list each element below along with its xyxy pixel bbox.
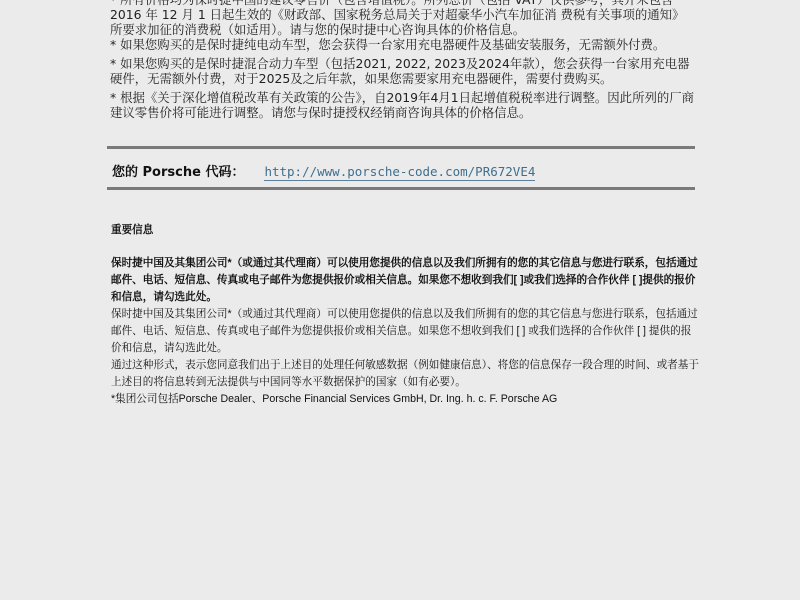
note-hybrid-charger: * 如果您购买的是保时捷混合动力车型（包括2021, 2022, 2023及20… bbox=[110, 56, 695, 86]
divider-bottom bbox=[107, 187, 695, 190]
note-ev-charger: * 如果您购买的是保时捷纯电动车型，您会获得一台家用充电器硬件及基础安装服务，无… bbox=[110, 37, 695, 52]
note-vat-adjustment: * 根据《关于深化增值税改革有关政策的公告》，自2019年4月1日起增值税税率进… bbox=[110, 90, 695, 120]
note-vat: * 所有价格均为保时捷中国的建议零售价（包含增值税）。所列总价（包括 VAT）仅… bbox=[110, 0, 695, 37]
consent-paragraph-bold: 保时捷中国及其集团公司*（或通过其代理商）可以使用您提供的信息以及我们所拥有的您… bbox=[111, 255, 701, 306]
porsche-code-link[interactable]: http://www.porsche-code.com/PR672VE4 bbox=[264, 164, 535, 181]
important-info-title: 重要信息 bbox=[111, 222, 701, 239]
divider-top bbox=[107, 146, 695, 149]
porsche-code-label: 您的 Porsche 代码： bbox=[112, 161, 244, 180]
porsche-code-row: 您的 Porsche 代码： http://www.porsche-code.c… bbox=[112, 161, 535, 181]
sensitive-data-consent: 通过这种形式，表示您同意我们出于上述目的处理任何敏感数据（例如健康信息）、将您的… bbox=[111, 357, 701, 391]
group-company-footnote: *集团公司包括Porsche Dealer、Porsche Financial … bbox=[111, 391, 701, 408]
consent-paragraph: 保时捷中国及其集团公司*（或通过其代理商）可以使用您提供的信息以及我们所拥有的您… bbox=[111, 306, 701, 357]
important-info-section: 重要信息 保时捷中国及其集团公司*（或通过其代理商）可以使用您提供的信息以及我们… bbox=[111, 222, 701, 408]
price-notes: * 所有价格均为保时捷中国的建议零售价（包含增值税）。所列总价（包括 VAT）仅… bbox=[110, 0, 695, 120]
